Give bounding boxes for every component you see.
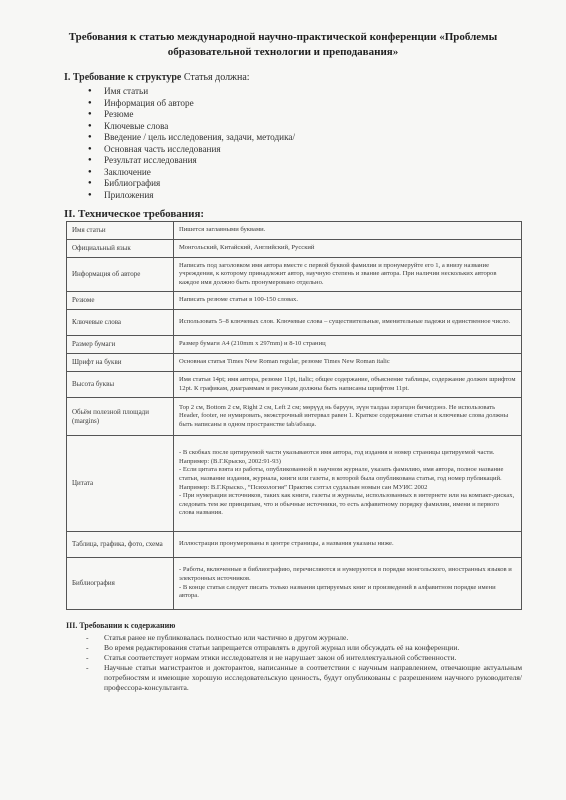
row-value: Написать резюме статьи в 100-150 словах. — [174, 292, 522, 310]
row-value: - Работы, включенные в библиографию, пер… — [174, 558, 522, 610]
structure-list: Имя статьи Информация об авторе Резюме К… — [88, 86, 295, 201]
content-requirements-list: Статья ранее не публиковалась полностью … — [86, 633, 522, 693]
row-value: Использовать 5–8 ключевых слов. Ключевые… — [174, 310, 522, 336]
row-label: Высота буквы — [67, 372, 174, 398]
list-item: Статья ранее не публиковалась полностью … — [86, 633, 522, 643]
table-row: Цитата- В скобках после цитируемой части… — [67, 436, 522, 532]
row-value: Основная статья Times New Roman regular,… — [174, 354, 522, 372]
table-row: Обьём полезной площади (margins)Top 2 см… — [67, 398, 522, 436]
section-technical-heading: II. Техническое требования: — [64, 208, 204, 220]
list-item: Во время редактирования статьи запрещает… — [86, 643, 522, 653]
list-item: Имя статьи — [88, 86, 295, 98]
list-item: Научные статьи магистрантов и докторанто… — [86, 663, 522, 693]
list-item: Основная часть исследования — [88, 144, 295, 156]
technical-requirements-table: Имя статьиПишется заглавными буквами.Офи… — [66, 221, 522, 610]
table-row: Информация об автореНаписать под заголов… — [67, 258, 522, 292]
row-label: Официальный язык — [67, 240, 174, 258]
table-row: Высота буквыИмя статьи 14pt; имя автора,… — [67, 372, 522, 398]
row-label: Цитата — [67, 436, 174, 532]
table-row: Таблица, графика, фото, схемаИллюстрации… — [67, 532, 522, 558]
list-item: Ключевые слова — [88, 121, 295, 133]
list-item: Информация об авторе — [88, 98, 295, 110]
table-row: Ключевые словаИспользовать 5–8 ключевых … — [67, 310, 522, 336]
row-label: Обьём полезной площади (margins) — [67, 398, 174, 436]
row-value: Top 2 см, Bottom 2 см, Right 2 см, Left … — [174, 398, 522, 436]
table-row: Размер бумагиРазмер бумаги А4 (210mm x 2… — [67, 336, 522, 354]
list-item: Результат исследования — [88, 155, 295, 167]
document-page: Требования к статью международной научно… — [0, 0, 566, 800]
list-item: Резюме — [88, 109, 295, 121]
section-content-heading: III. Требовании к содержанию — [66, 621, 175, 630]
table-row: Официальный языкМонгольский, Китайский, … — [67, 240, 522, 258]
row-label: Резюме — [67, 292, 174, 310]
row-label: Таблица, графика, фото, схема — [67, 532, 174, 558]
section-structure-heading: I. Требование к структуре Статья должна: — [64, 71, 250, 84]
list-item: Введение / цель исследовения, задачи, ме… — [88, 132, 295, 144]
row-value: Имя статьи 14pt; имя автора, резюме 11pt… — [174, 372, 522, 398]
list-item: Статья соответствует нормам этики исслед… — [86, 653, 522, 663]
row-value: - В скобках после цитируемой части указы… — [174, 436, 522, 532]
document-title: Требования к статью международной научно… — [60, 30, 506, 60]
row-value: Иллюстрации пронумерованы в центре стран… — [174, 532, 522, 558]
table-row: РезюмеНаписать резюме статьи в 100-150 с… — [67, 292, 522, 310]
row-label: Библиография — [67, 558, 174, 610]
row-value: Размер бумаги А4 (210mm x 297mm) и 8-10 … — [174, 336, 522, 354]
table-row: Имя статьиПишется заглавными буквами. — [67, 222, 522, 240]
table-row: Библиография- Работы, включенные в библи… — [67, 558, 522, 610]
row-label: Шрифт на букви — [67, 354, 174, 372]
row-value: Монгольский, Китайский, Английский, Русс… — [174, 240, 522, 258]
section-structure-lead: Статья должна: — [184, 72, 250, 83]
row-value: Пишется заглавными буквами. — [174, 222, 522, 240]
table-row: Шрифт на буквиОсновная статья Times New … — [67, 354, 522, 372]
row-label: Ключевые слова — [67, 310, 174, 336]
row-label: Информация об авторе — [67, 258, 174, 292]
row-label: Имя статьи — [67, 222, 174, 240]
section-structure-title: I. Требование к структуре — [64, 72, 181, 83]
list-item: Библиография — [88, 178, 295, 190]
row-label: Размер бумаги — [67, 336, 174, 354]
row-value: Написать под заголовком имя автора вмест… — [174, 258, 522, 292]
list-item: Заключение — [88, 167, 295, 179]
list-item: Приложения — [88, 190, 295, 202]
